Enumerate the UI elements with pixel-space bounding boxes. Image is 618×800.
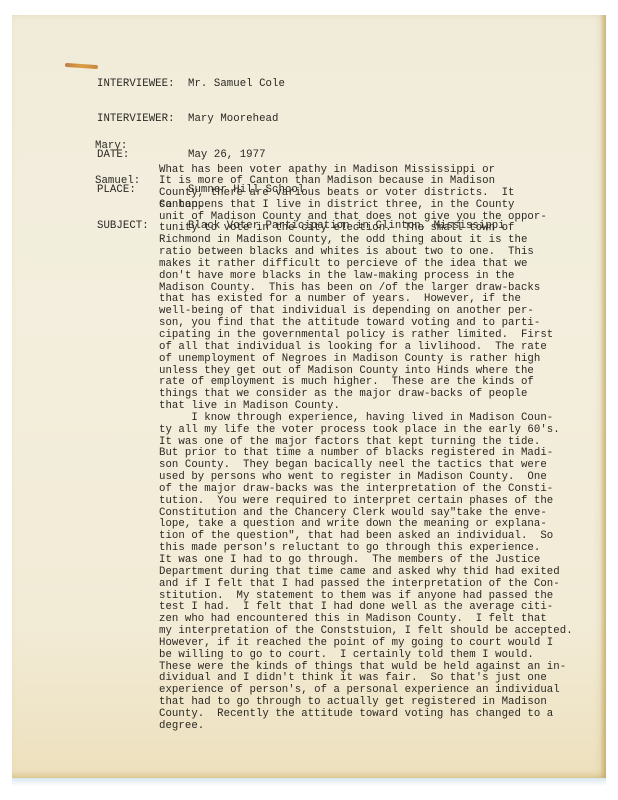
- text-line: of unemployment of Negroes in Madison Co…: [159, 354, 573, 366]
- page-bottom-shadow: [12, 778, 606, 786]
- text-line: Department during that time came and ask…: [159, 567, 573, 579]
- text-line: don't have more blacks in the law-making…: [159, 271, 573, 283]
- text-line: of all that individual is looking for a …: [159, 342, 573, 354]
- text-line: makes it rather difficult to percieve of…: [159, 259, 573, 271]
- header-label-interviewer: INTERVIEWER:: [97, 114, 175, 126]
- text-line: so happens that I live in district three…: [159, 200, 573, 212]
- speaker-label-samuel: Samuel:: [95, 176, 140, 188]
- header-value-interviewee: Mr. Samuel Cole: [188, 79, 505, 91]
- page-edge-shading: [600, 15, 606, 778]
- text-line: However, if it reached the point of my g…: [159, 638, 573, 650]
- text-line: County, there are various beats or voter…: [159, 188, 573, 200]
- text-line: I know through experience, having lived …: [159, 413, 573, 425]
- speaker-label-mary: Mary:: [95, 141, 127, 153]
- text-line: of the major draw-backs was the interpre…: [159, 484, 573, 496]
- text-line: and if I felt that I had passed the inte…: [159, 579, 573, 591]
- text-line: ty all my life the voter process took pl…: [159, 425, 573, 437]
- text-line: County. Recently the attitude toward vot…: [159, 709, 573, 721]
- text-line: tution. You were required to interpret c…: [159, 496, 573, 508]
- header-label-interviewee: INTERVIEWEE:: [97, 79, 175, 91]
- header-value-interviewer: Mary Moorehead: [188, 114, 505, 126]
- text-line: degree.: [159, 721, 573, 733]
- text-line: be willing to go to court. I certainly t…: [159, 650, 573, 662]
- answer-samuel: It is more of Canton than Madison becaus…: [159, 176, 573, 733]
